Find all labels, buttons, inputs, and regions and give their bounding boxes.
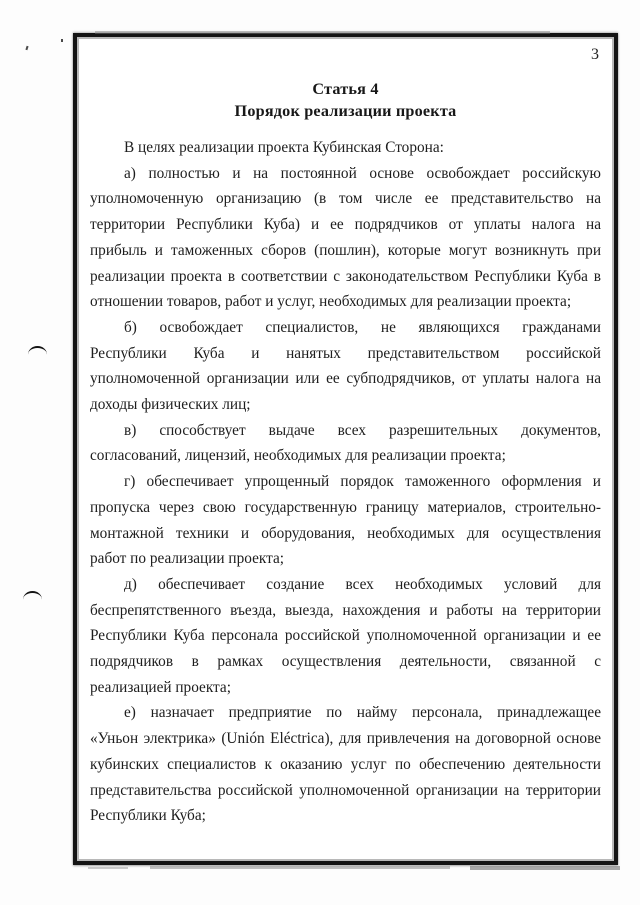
text-line: в) способствует выдаче всех разрешительн…	[90, 418, 601, 444]
text-line: представительства российской уполномочен…	[90, 778, 601, 804]
text-line: прибыль и таможенных сборов (пошлин), ко…	[90, 238, 601, 264]
text-line: беспрепятственного въезда, выезда, нахож…	[90, 598, 601, 624]
scan-speck	[25, 46, 28, 50]
page-number: 3	[591, 46, 599, 64]
text-line: согласований, лицензий, необходимых для …	[90, 443, 601, 469]
scan-speck	[61, 39, 63, 42]
scan-area: 3 Статья 4 Порядок реализации проекта В …	[0, 0, 640, 905]
scan-smudge	[150, 866, 450, 869]
article-subtitle: Порядок реализации проекта	[77, 101, 614, 123]
text-line: Республики Куба;	[90, 803, 601, 829]
text-line: территории Республики Куба) и ее подрядч…	[90, 212, 601, 238]
pen-arc-mark	[28, 346, 47, 357]
text-line: В целях реализации проекта Кубинская Сто…	[90, 135, 601, 161]
text-line: Республики Куба персонала российской упо…	[90, 623, 601, 649]
text-line: д) обеспечивает создание всех необходимы…	[90, 572, 601, 598]
text-line: доходы физических лиц;	[90, 392, 601, 418]
text-line: г) обеспечивает упрощенный порядок тамож…	[90, 469, 601, 495]
text-line: уполномоченную организацию (в том числе …	[90, 186, 601, 212]
text-line: отношении товаров, работ и услуг, необхо…	[90, 289, 601, 315]
article-heading: Статья 4 Порядок реализации проекта	[77, 79, 614, 122]
text-line: реализации проекта в соответствии с зако…	[90, 264, 601, 290]
text-line: уполномоченной организации или ее субпод…	[90, 366, 601, 392]
scan-smudge	[88, 867, 128, 869]
text-line: работ по реализации проекта;	[90, 546, 601, 572]
text-line: реализацией проекта;	[90, 675, 601, 701]
document-body: В целях реализации проекта Кубинская Сто…	[77, 135, 614, 829]
scan-smudge	[95, 31, 550, 34]
text-line: Республики Куба и нанятых представительс…	[90, 341, 601, 367]
text-line: монтажной техники и оборудования, необхо…	[90, 521, 601, 547]
text-line: кубинских специалистов к оказанию услуг …	[90, 752, 601, 778]
scanned-page: 3 Статья 4 Порядок реализации проекта В …	[73, 33, 618, 865]
text-line: подрядчиков в рамках осуществления деяте…	[90, 649, 601, 675]
pen-arc-mark	[23, 591, 42, 602]
text-line: «Уньон электрика» (Unión Eléctrica), для…	[90, 726, 601, 752]
text-line: е) назначает предприятие по найму персон…	[90, 700, 601, 726]
article-title: Статья 4	[77, 79, 614, 101]
text-line: а) полностью и на постоянной основе осво…	[90, 161, 601, 187]
text-line: пропуска через свою государственную гран…	[90, 495, 601, 521]
text-line: б) освобождает специалистов, не являющих…	[90, 315, 601, 341]
scan-smudge	[470, 866, 620, 870]
